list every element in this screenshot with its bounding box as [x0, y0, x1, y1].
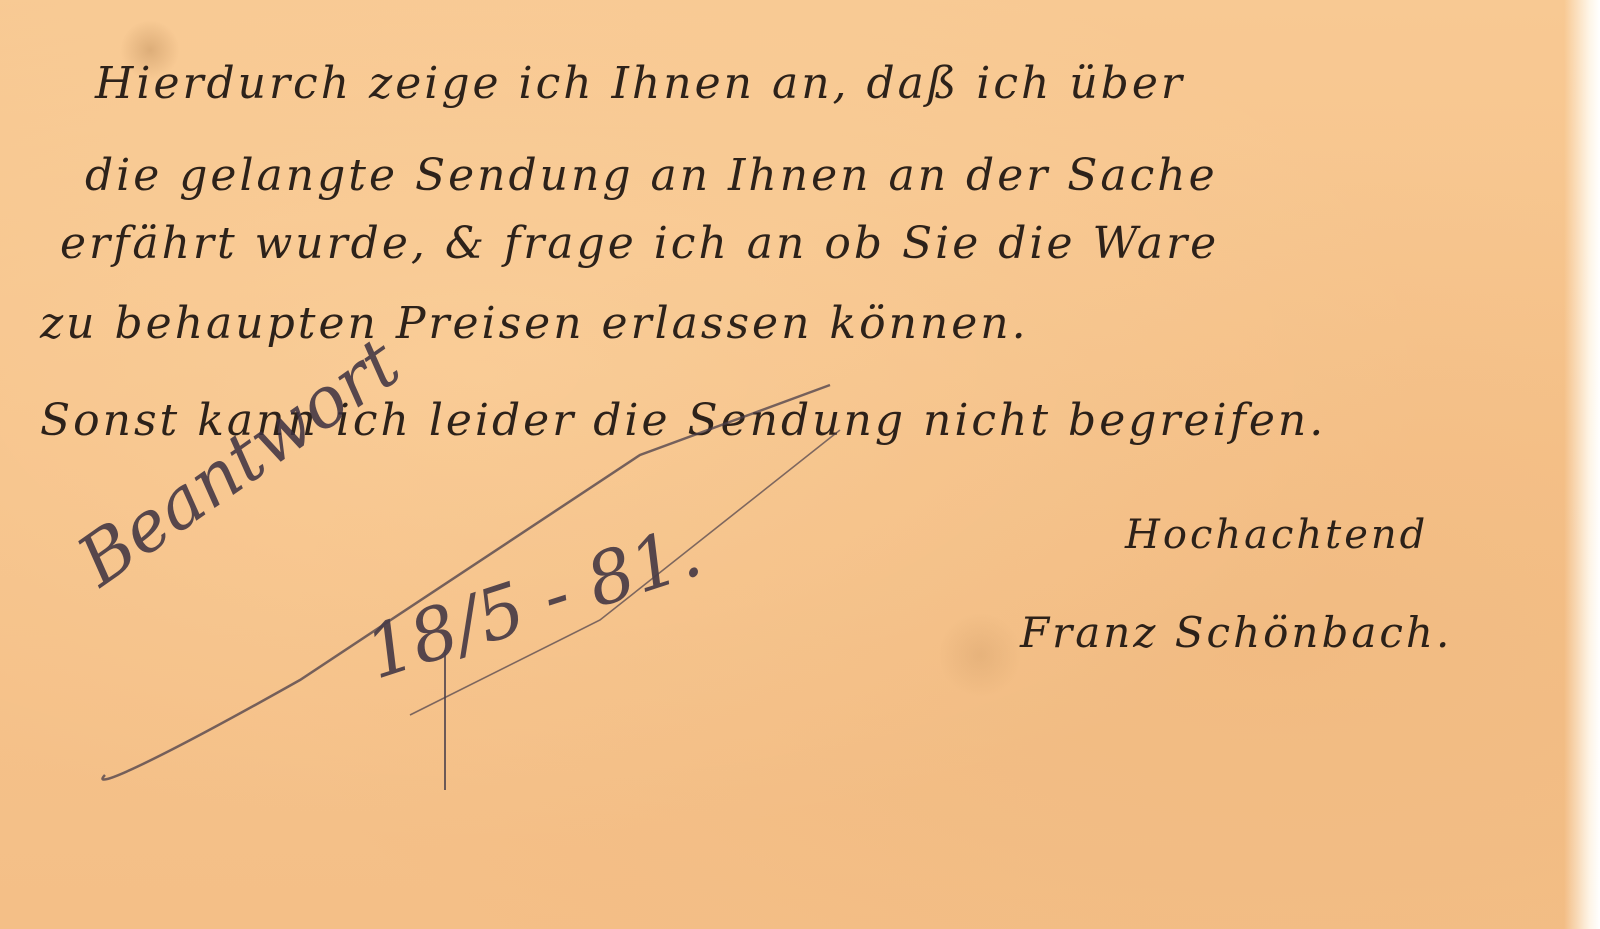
body-line-4: zu behaupten Preisen erlassen können.	[40, 298, 1029, 349]
body-line-3: erfährt wurde, & frage ich an ob Sie die…	[60, 218, 1219, 269]
postcard: Hierdurch zeige ich Ihnen an, daß ich üb…	[0, 0, 1600, 929]
body-line-2: die gelangte Sendung an Ihnen an der Sac…	[85, 150, 1218, 201]
body-line-1: Hierdurch zeige ich Ihnen an, daß ich üb…	[95, 58, 1185, 109]
annotation-date: 18/5 - 81.	[355, 509, 710, 696]
annotation-word: Beantwort	[63, 322, 414, 602]
faded-mark	[940, 610, 1020, 700]
signature: Franz Schönbach.	[1020, 608, 1452, 657]
closing: Hochachtend	[1125, 512, 1428, 558]
scan-edge	[1564, 0, 1600, 929]
